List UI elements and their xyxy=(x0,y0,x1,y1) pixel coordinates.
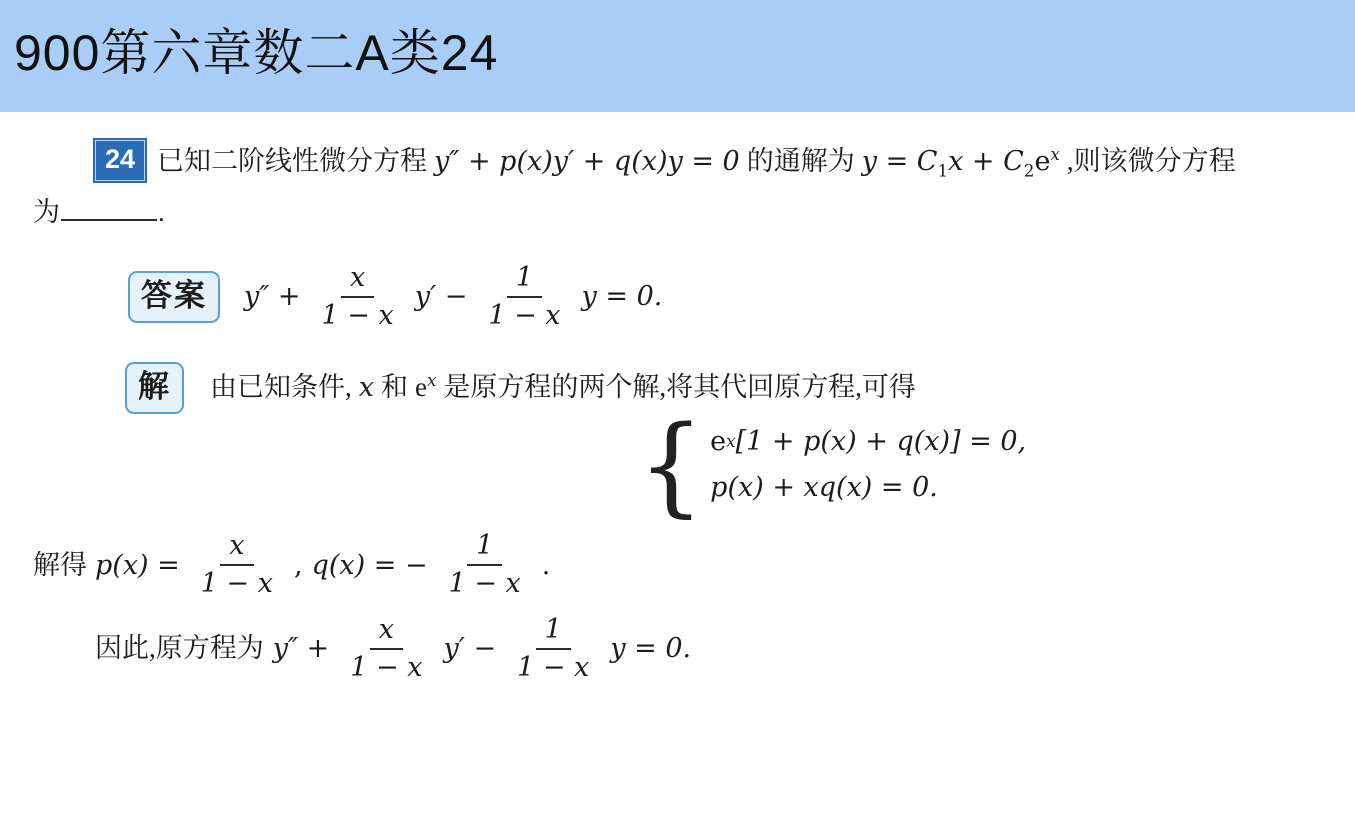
fraction-numerator: 1 xyxy=(507,262,542,298)
conclusion-fraction-1: x 1 − x xyxy=(341,614,431,684)
math-x-plus: x + C xyxy=(948,146,1024,177)
math-sub-1: 1 xyxy=(937,160,948,180)
fraction-numerator: 1 xyxy=(467,530,502,566)
problem-blank-line: 为. xyxy=(33,193,1341,232)
problem-mid-text: 的通解为 xyxy=(747,146,855,176)
math-e: e xyxy=(1034,146,1050,177)
answer-term-1: y″ + xyxy=(244,277,301,316)
system-rows: ex[1 + p(x) + q(x)] = 0, p(x) + xq(x) = … xyxy=(710,421,1026,509)
conclusion-formula: y″ + x 1 − x y′ − 1 1 − x y = 0. xyxy=(273,614,691,684)
solve-result-line: 解得 p(x) = x 1 − x , q(x) = − 1 1 − x . xyxy=(33,530,1341,600)
blank-suffix: . xyxy=(158,197,165,227)
answer-term-2: y′ − xyxy=(415,277,468,316)
fraction-denominator: 1 − x xyxy=(440,566,530,600)
math-e-sup-x: ex xyxy=(415,372,436,402)
solution-section: 解 由已知条件,x和ex是原方程的两个解,将其代回原方程,可得 xyxy=(125,362,1341,414)
answer-blank-underline xyxy=(61,194,157,221)
solve-comma: , xyxy=(294,546,303,585)
fraction-denominator: 1 − x xyxy=(192,566,282,600)
fraction-denominator: 1 − x xyxy=(313,298,403,332)
system-row-1: ex[1 + p(x) + q(x)] = 0, xyxy=(710,421,1026,463)
textbook-page: 900第六章数二A类24 24已知二阶线性微分方程y″ + p(x)y′ + q… xyxy=(0,0,1355,821)
conclusion-fraction-2: 1 1 − x xyxy=(508,614,598,684)
fraction-numerator: x xyxy=(341,262,374,298)
problem-tail-text: ,则该微分方程 xyxy=(1067,146,1236,176)
problem-statement: 24已知二阶线性微分方程y″ + p(x)y′ + q(x)y = 0的通解为y… xyxy=(33,140,1341,183)
fraction-denominator: 1 − x xyxy=(508,650,598,684)
left-brace: { xyxy=(638,414,704,517)
answer-term-3: y = 0. xyxy=(582,277,663,316)
math-y-eq: y = C xyxy=(862,146,938,177)
p-fraction: x 1 − x xyxy=(192,530,282,600)
solve-formula: p(x) = x 1 − x , q(x) = − 1 1 − x . xyxy=(95,530,550,600)
solve-period: . xyxy=(542,546,551,585)
fraction-numerator: x xyxy=(370,614,403,650)
fraction-denominator: 1 − x xyxy=(479,298,569,332)
fraction-numerator: x xyxy=(220,530,253,566)
answer-label-badge: 答案 xyxy=(128,271,220,323)
math-e: e xyxy=(710,421,726,463)
math-sup-x: x xyxy=(1050,144,1059,164)
solution-intro: 由已知条件,x和ex是原方程的两个解,将其代回原方程,可得 xyxy=(210,368,916,407)
page-header: 900第六章数二A类24 xyxy=(0,0,1355,112)
answer-formula: y″ + x 1 − x y′ − 1 1 − x y = 0. xyxy=(244,262,662,332)
math-sup-x: x xyxy=(726,429,735,455)
conclusion-term-1: y″ + xyxy=(273,629,330,668)
math-sub-2: 2 xyxy=(1024,160,1035,180)
p-equals: p(x) = xyxy=(95,546,180,585)
system-row-2: p(x) + xq(x) = 0. xyxy=(710,467,1026,509)
problem-intro-text: 已知二阶线性微分方程 xyxy=(157,146,427,176)
solution-intro-a: 由已知条件, xyxy=(210,372,352,402)
system-row-1-rest: [1 + p(x) + q(x)] = 0, xyxy=(736,421,1027,463)
conclusion-line: 因此,原方程为 y″ + x 1 − x y′ − 1 1 − x y = 0. xyxy=(95,614,1341,684)
page-title: 900第六章数二A类24 xyxy=(14,13,498,85)
solution-label-badge: 解 xyxy=(125,362,184,414)
solution-intro-b: 和 xyxy=(381,372,408,402)
conclusion-prefix: 因此,原方程为 xyxy=(95,629,264,668)
answer-section: 答案 y″ + x 1 − x y′ − 1 1 − x y = 0. xyxy=(128,262,1341,332)
math-var-x: x xyxy=(359,372,374,403)
solution-intro-c: 是原方程的两个解,将其代回原方程,可得 xyxy=(443,372,916,402)
equation-system: { ex[1 + p(x) + q(x)] = 0, p(x) + xq(x) … xyxy=(638,416,1341,515)
conclusion-term-2: y′ − xyxy=(444,629,497,668)
page-content: 24已知二阶线性微分方程y″ + p(x)y′ + q(x)y = 0的通解为y… xyxy=(0,140,1355,684)
math-general-solution: y = C1x + C2ex xyxy=(862,146,1060,177)
math-ode-equation: y″ + p(x)y′ + q(x)y = 0 xyxy=(434,146,740,177)
fraction-denominator: 1 − x xyxy=(341,650,431,684)
fraction-numerator: 1 xyxy=(536,614,571,650)
conclusion-term-3: y = 0. xyxy=(610,629,691,668)
problem-number-badge: 24 xyxy=(95,140,145,181)
blank-prefix: 为 xyxy=(33,197,60,227)
answer-fraction-2: 1 1 − x xyxy=(479,262,569,332)
answer-fraction-1: x 1 − x xyxy=(313,262,403,332)
q-equals: q(x) = − xyxy=(312,546,428,585)
q-fraction: 1 1 − x xyxy=(440,530,530,600)
solve-prefix: 解得 xyxy=(33,546,87,585)
math-e: e xyxy=(415,372,427,402)
math-sup-x: x xyxy=(427,370,436,390)
